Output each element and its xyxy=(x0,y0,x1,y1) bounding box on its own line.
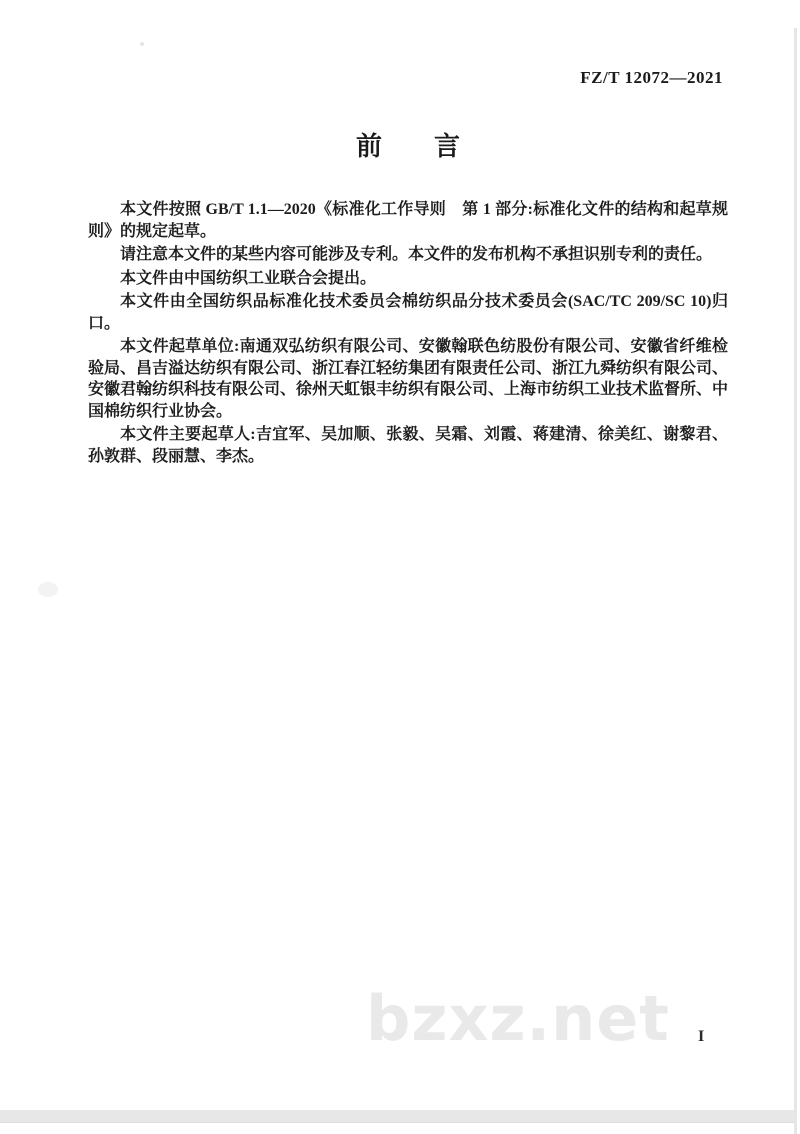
scanned-document-page: FZ/T 12072—2021 前 言 本文件按照 GB/T 1.1—2020《… xyxy=(0,0,800,1134)
scan-edge-vertical-line xyxy=(794,28,797,1134)
paragraph-drafting-rule: 本文件按照 GB/T 1.1—2020《标准化工作导则 第 1 部分:标准化文件… xyxy=(88,199,728,242)
scan-edge-bottom-band xyxy=(0,1110,794,1123)
paragraph-proposed-by: 本文件由中国纺织工业联合会提出。 xyxy=(88,268,728,290)
paragraph-centralized-by: 本文件由全国纺织品标准化技术委员会棉纺织品分技术委员会(SAC/TC 209/S… xyxy=(88,291,728,334)
paragraph-drafting-organizations: 本文件起草单位:南通双弘纺织有限公司、安徽翰联色纺股份有限公司、安徽省纤维检验局… xyxy=(88,336,728,422)
scan-speck xyxy=(140,42,144,46)
foreword-title: 前 言 xyxy=(88,131,728,162)
foreword-body: 本文件按照 GB/T 1.1—2020《标准化工作导则 第 1 部分:标准化文件… xyxy=(88,199,728,469)
page-number: I xyxy=(698,1028,704,1046)
standard-code: FZ/T 12072—2021 xyxy=(580,68,723,88)
paragraph-patent-notice: 请注意本文件的某些内容可能涉及专利。本文件的发布机构不承担识别专利的责任。 xyxy=(88,244,728,266)
paragraph-main-drafters: 本文件主要起草人:吉宜军、吴加顺、张毅、吴霜、刘霞、蒋建清、徐美红、谢黎君、孙敦… xyxy=(88,424,728,467)
watermark-text: bzxz.net xyxy=(366,983,670,1054)
scan-smudge xyxy=(38,582,58,597)
